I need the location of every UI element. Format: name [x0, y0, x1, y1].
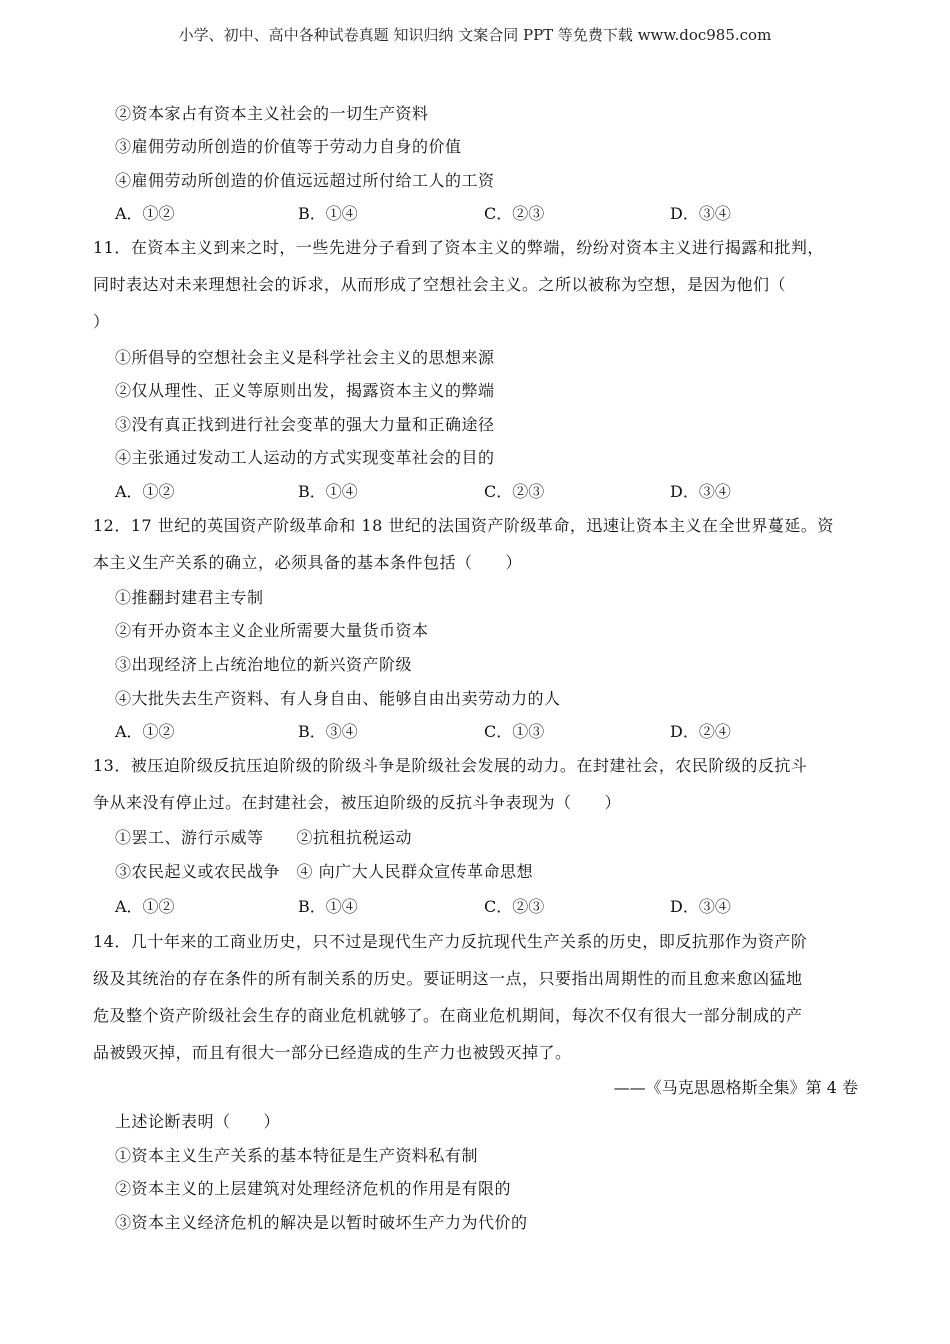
q14-stem-4: 品被毁灭掉，而且有很大一部分已经造成的生产力也被毁灭掉了。: [93, 1042, 572, 1064]
page-header: 小学、初中、高中各种试卷真题 知识归纳 文案合同 PPT 等免费下载 www.d…: [0, 24, 950, 45]
q12-stem-2: 本主义生产关系的确立，必须具备的基本条件包括（ ）: [93, 552, 522, 574]
option-a: A．①②: [115, 203, 175, 225]
option-c: C．②③: [484, 481, 544, 503]
option-a: A．①②: [115, 721, 175, 743]
q10-item-2: ②资本家占有资本主义社会的一切生产资料: [115, 103, 429, 125]
q14-item-2: ②资本主义的上层建筑对处理经济危机的作用是有限的: [115, 1178, 511, 1200]
q10-item-3: ③雇佣劳动所创造的价值等于劳动力自身的价值: [115, 136, 462, 158]
option-b: B．③④: [298, 721, 358, 743]
option-d: D．②④: [670, 721, 731, 743]
q13-items-row-1: ①罢工、游行示威等 ②抗租抗税运动: [115, 827, 412, 849]
option-c: C．②③: [484, 203, 544, 225]
q14-source: ——《马克思恩格斯全集》第 4 卷: [614, 1077, 858, 1099]
option-b: B．①④: [298, 481, 358, 503]
option-a: A．①②: [115, 896, 175, 918]
option-b: B．①④: [298, 203, 358, 225]
q11-item-2: ②仅从理性、正义等原则出发，揭露资本主义的弊端: [115, 380, 495, 402]
option-d: D．③④: [670, 896, 731, 918]
q11-item-1: ①所倡导的空想社会主义是科学社会主义的思想来源: [115, 347, 495, 369]
q12-stem-1: 12．17 世纪的英国资产阶级革命和 18 世纪的法国资产阶级革命，迅速让资本主…: [93, 515, 834, 537]
q14-item-3: ③资本主义经济危机的解决是以暂时破坏生产力为代价的: [115, 1212, 528, 1234]
q13-items-row-2: ③农民起义或农民战争 ④ 向广大人民群众宣传革命思想: [115, 861, 533, 883]
q11-stem-2: 同时表达对未来理想社会的诉求，从而形成了空想社会主义。之所以被称为空想，是因为他…: [93, 274, 786, 296]
q12-item-4: ④大批失去生产资料、有人身自由、能够自由出卖劳动力的人: [115, 688, 561, 710]
q11-item-3: ③没有真正找到进行社会变革的强大力量和正确途径: [115, 414, 495, 436]
q12-item-2: ②有开办资本主义企业所需要大量货币资本: [115, 620, 429, 642]
q13-stem-1: 13．被压迫阶级反抗压迫阶级的阶级斗争是阶级社会发展的动力。在封建社会，农民阶级…: [93, 755, 807, 777]
q12-item-1: ①推翻封建君主专制: [115, 587, 264, 609]
q11-stem-1: 11．在资本主义到来之时，一些先进分子看到了资本主义的弊端，纷纷对资本主义进行揭…: [93, 237, 824, 259]
option-d: D．③④: [670, 481, 731, 503]
q12-item-3: ③出现经济上占统治地位的新兴资产阶级: [115, 654, 412, 676]
option-c: C．①③: [484, 721, 544, 743]
q14-stem-2: 级及其统治的存在条件的所有制关系的历史。要证明这一点，只要指出周期性的而且愈来愈…: [93, 968, 803, 990]
q11-stem-3: ）: [93, 311, 110, 333]
q14-stem-1: 14．几十年来的工商业历史，只不过是现代生产力反抗现代生产关系的历史，即反抗那作…: [93, 931, 807, 953]
option-c: C．②③: [484, 896, 544, 918]
q14-stem-3: 危及整个资产阶级社会生存的商业危机就够了。在商业危机期间，每次不仅有很大一部分制…: [93, 1005, 803, 1027]
q14-item-1: ①资本主义生产关系的基本特征是生产资料私有制: [115, 1145, 478, 1167]
option-b: B．①④: [298, 896, 358, 918]
q14-prompt: 上述论断表明（ ）: [115, 1111, 280, 1133]
q11-item-4: ④主张通过发动工人运动的方式实现变革社会的目的: [115, 447, 495, 469]
option-d: D．③④: [670, 203, 731, 225]
q13-stem-2: 争从来没有停止过。在封建社会，被压迫阶级的反抗斗争表现为（ ）: [93, 792, 621, 814]
option-a: A．①②: [115, 481, 175, 503]
q10-item-4: ④雇佣劳动所创造的价值远远超过所付给工人的工资: [115, 170, 495, 192]
